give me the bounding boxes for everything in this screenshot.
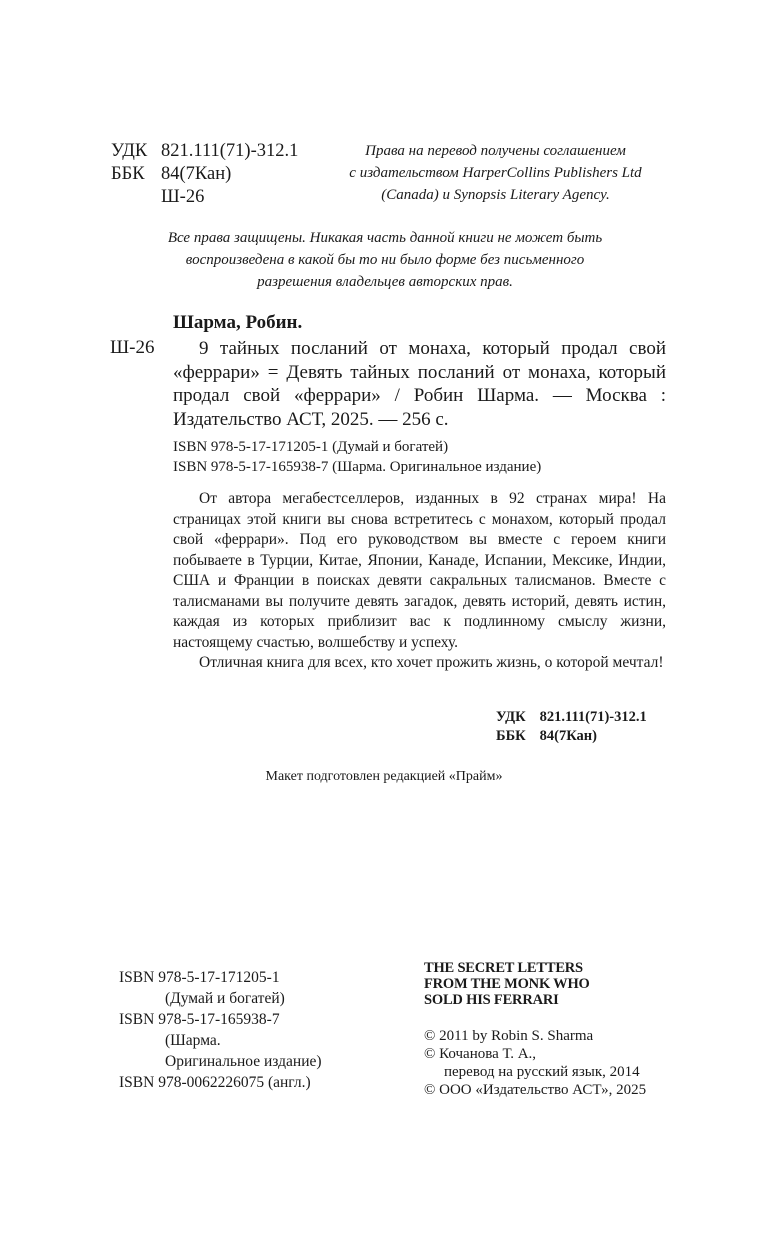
udk-label: УДК (496, 708, 536, 727)
isbn-line: ISBN 978-5-17-165938-7 (Шарма. Оригиналь… (173, 457, 541, 477)
copyright-line: © 2011 by Robin S. Sharma (424, 1027, 646, 1045)
description-text: 9 тайных посланий от монаха, который про… (173, 338, 666, 430)
rights-line: с издательством HarperCollins Publishers… (318, 162, 673, 184)
all-rights-reserved-notice: Все права защищены. Никакая часть данной… (110, 227, 660, 293)
bbk-row: ББК 84(7Кан) (111, 163, 298, 186)
original-title: THE SECRET LETTERS FROM THE MONK WHO SOL… (424, 960, 590, 1008)
rights-reserved-line: Все права защищены. Никакая часть данной… (110, 227, 660, 249)
rights-line: (Canada) и Synopsis Literary Agency. (318, 184, 673, 206)
copyright-line: перевод на русский язык, 2014 (424, 1063, 646, 1081)
bbk-value: 84(7Кан) (540, 728, 597, 744)
annotation-paragraph: Отличная книга для всех, кто хочет прожи… (173, 653, 666, 674)
rights-reserved-line: разрешения владельцев авторских прав. (110, 271, 660, 293)
bibliographic-description: 9 тайных посланий от монаха, который про… (173, 337, 666, 431)
original-title-line: THE SECRET LETTERS (424, 960, 590, 976)
isbn-line: ISBN 978-0062226075 (англ.) (119, 1072, 322, 1093)
record-shelf-mark: Ш-26 (110, 337, 155, 359)
copyright-line: © ООО «Издательство АСТ», 2025 (424, 1081, 646, 1099)
udk-row: УДК 821.111(71)-312.1 (111, 140, 298, 163)
isbn-line: (Шарма. (119, 1030, 322, 1051)
bbk-label: ББК (496, 727, 536, 746)
layout-credit: Макет подготовлен редакцией «Прайм» (0, 769, 768, 785)
isbn-line: ISBN 978-5-17-165938-7 (119, 1009, 322, 1030)
bbk-value: 84(7Кан) (161, 163, 231, 186)
isbn-line: (Думай и богатей) (119, 988, 322, 1009)
udk-value: 821.111(71)-312.1 (161, 140, 298, 163)
bbk-label: ББК (111, 163, 161, 186)
isbn-line: ISBN 978-5-17-171205-1 (Думай и богатей) (173, 437, 541, 457)
original-title-line: SOLD HIS FERRARI (424, 992, 590, 1008)
udk-label: УДК (111, 140, 161, 163)
udk-value: 821.111(71)-312.1 (540, 709, 647, 725)
isbn-line: Оригинальное издание) (119, 1051, 322, 1072)
isbn-block: ISBN 978-5-17-171205-1(Думай и богатей)I… (119, 967, 322, 1093)
original-title-line: FROM THE MONK WHO (424, 976, 590, 992)
shelf-mark-row: Ш-26 (111, 186, 298, 209)
rights-reserved-line: воспроизведена в какой бы то ни было фор… (110, 249, 660, 271)
isbn-line: ISBN 978-5-17-171205-1 (119, 967, 322, 988)
annotation-paragraph: От автора мегабестселлеров, изданных в 9… (173, 489, 666, 653)
copyright-line: © Кочанова Т. А., (424, 1045, 646, 1063)
record-isbn-list: ISBN 978-5-17-171205-1 (Думай и богатей)… (173, 437, 541, 477)
classification-codes-repeat: УДК 821.111(71)-312.1 ББК 84(7Кан) (496, 708, 647, 746)
rights-line: Права на перевод получены соглашением (318, 140, 673, 162)
annotation: От автора мегабестселлеров, изданных в 9… (173, 489, 666, 674)
author-heading: Шарма, Робин. (173, 312, 302, 334)
classification-codes: УДК 821.111(71)-312.1 ББК 84(7Кан) Ш-26 (111, 140, 298, 209)
translation-rights-notice: Права на перевод получены соглашением с … (318, 140, 673, 206)
shelf-mark: Ш-26 (161, 186, 204, 209)
copyright-notices: © 2011 by Robin S. Sharma© Кочанова Т. А… (424, 1027, 646, 1099)
